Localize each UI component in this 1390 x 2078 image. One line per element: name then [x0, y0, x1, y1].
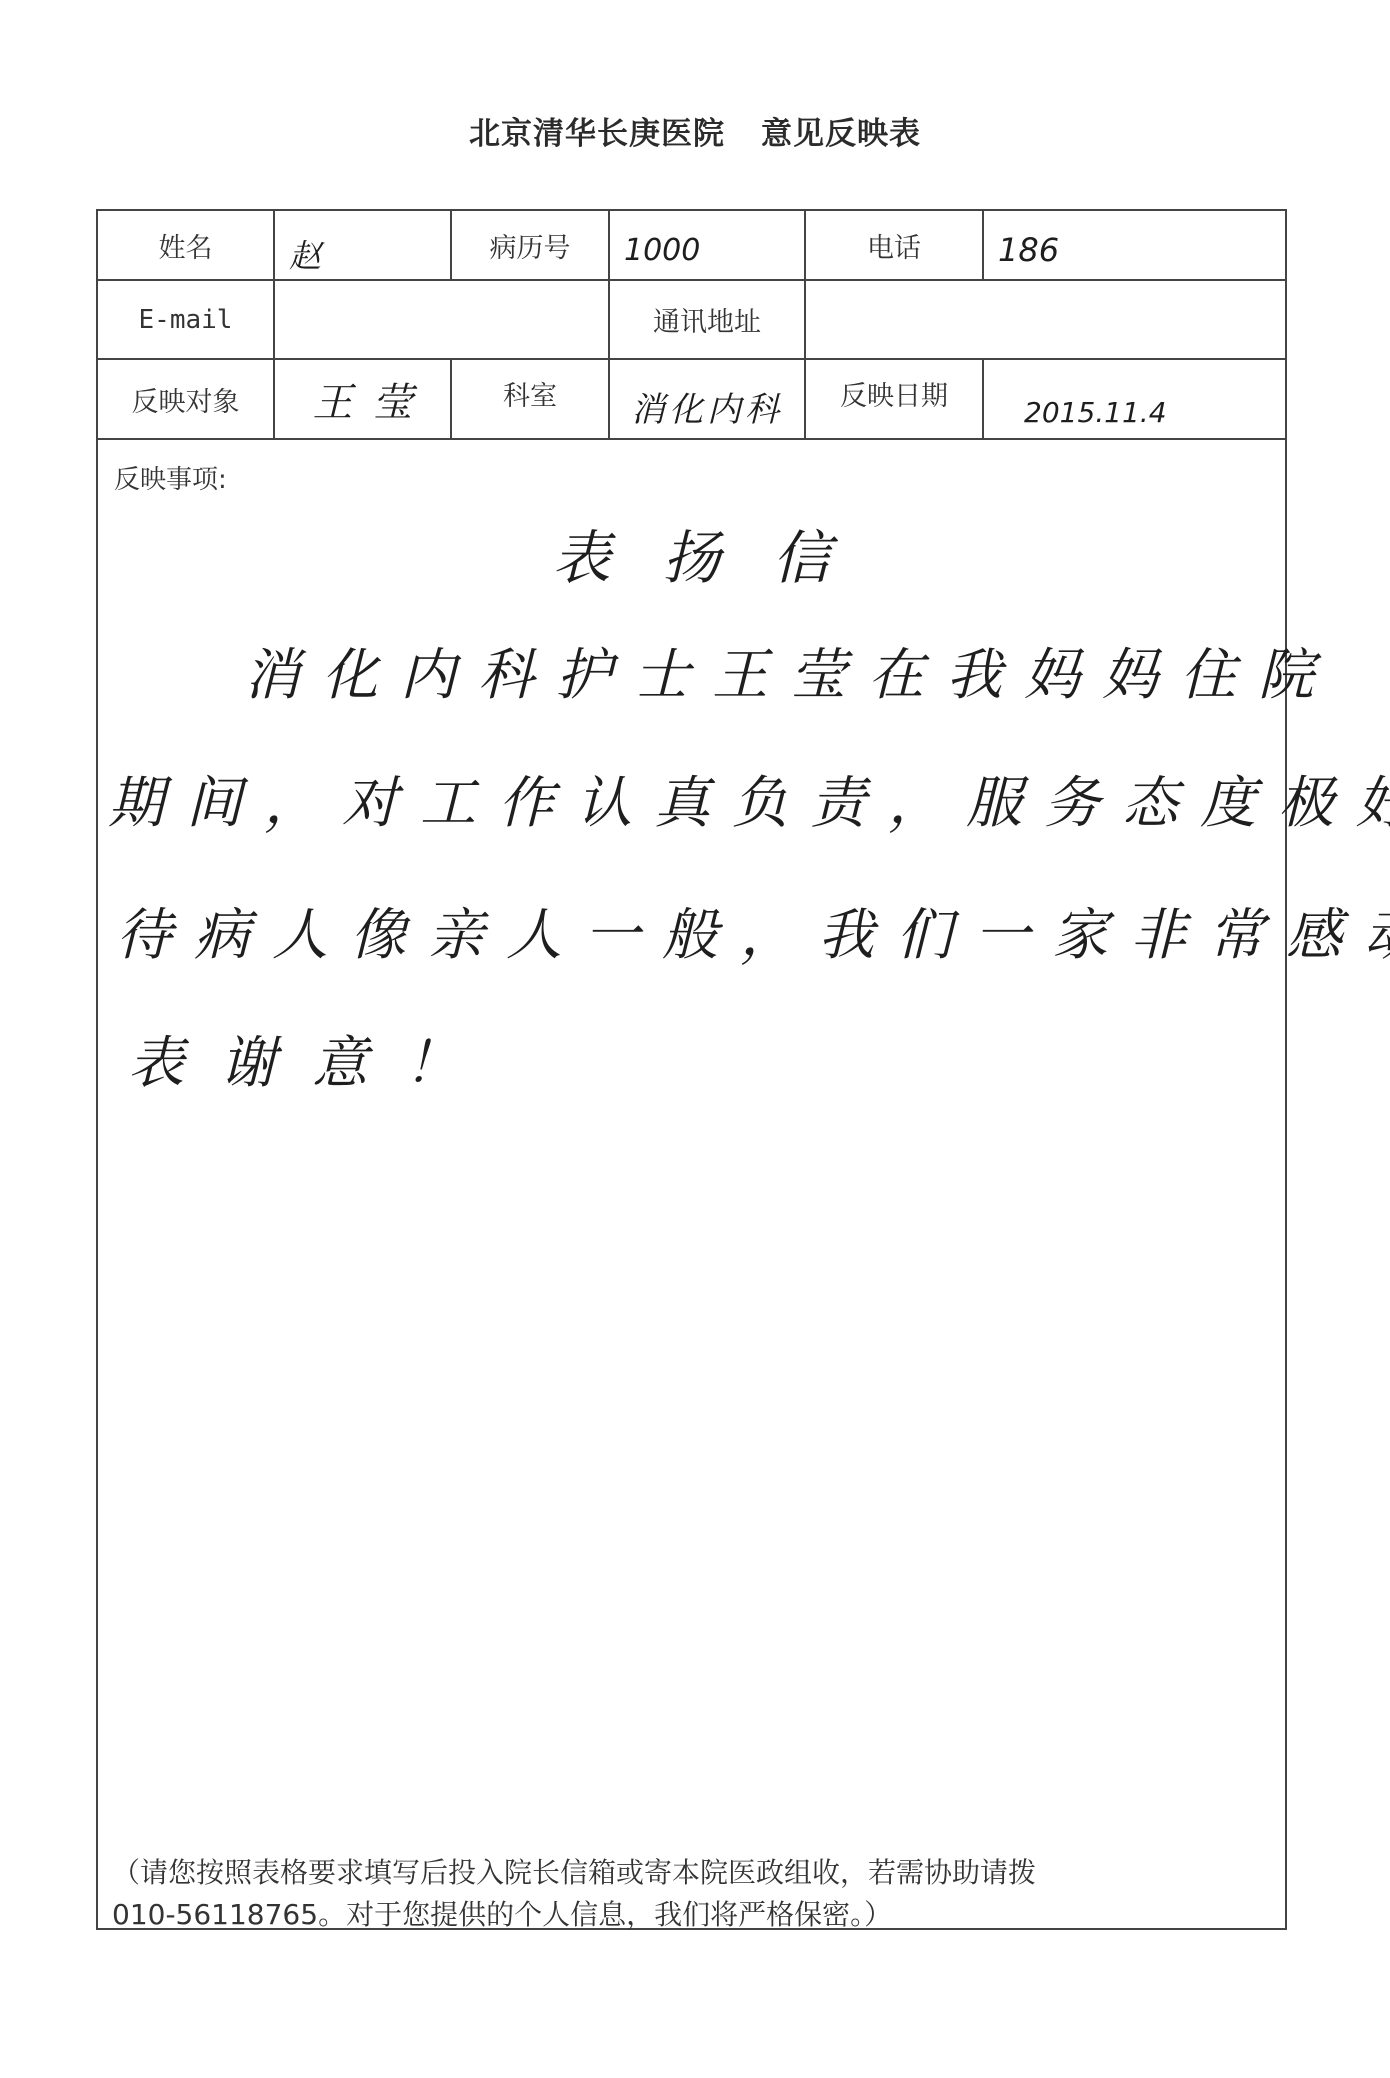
- letter-line-1: 消化内科护士王莹在我妈妈住院: [244, 631, 1336, 711]
- name-label: 姓名: [98, 211, 275, 279]
- email-field[interactable]: [275, 281, 610, 358]
- feedback-form: 姓名 赵 病历号 1000 电话 186 E-mail 通讯地址 反映对象 王莹…: [96, 209, 1287, 1930]
- form-name: 意见反映表: [761, 116, 921, 152]
- address-label: 通讯地址: [610, 281, 806, 358]
- letter-line-2: 期间，对工作认真负责，服务态度极好,对: [108, 759, 1390, 839]
- letter-title: 表扬信: [98, 511, 1285, 595]
- target-label: 反映对象: [98, 360, 275, 438]
- target-field[interactable]: 王莹: [275, 360, 452, 438]
- footer-note-line-2: 010-56118765。对于您提供的个人信息，我们将严格保密。）: [112, 1893, 1275, 1933]
- form-row-email: E-mail 通讯地址: [98, 281, 1285, 360]
- form-row-target: 反映对象 王莹 科室 消化内科 反映日期 2015.11.4: [98, 360, 1285, 440]
- form-title: 北京清华长庚医院意见反映表: [0, 108, 1390, 153]
- hospital-name: 北京清华长庚医院: [469, 116, 725, 152]
- footer-note-line-1: （请您按照表格要求填写后投入院长信箱或寄本院医政组收，若需协助请拨: [112, 1851, 1275, 1891]
- name-field[interactable]: 赵: [275, 211, 452, 279]
- phone-field[interactable]: 186: [984, 211, 1289, 279]
- letter-line-3: 待病人像亲人一般，我们一家非常感动,深: [116, 891, 1390, 971]
- address-field[interactable]: [806, 281, 1289, 358]
- department-label: 科室: [452, 360, 610, 438]
- phone-label: 电话: [806, 211, 984, 279]
- record-number-field[interactable]: 1000: [610, 211, 806, 279]
- form-row-name: 姓名 赵 病历号 1000 电话 186: [98, 211, 1285, 281]
- matters-label: 反映事项:: [114, 459, 227, 496]
- date-field[interactable]: 2015.11.4: [984, 360, 1289, 438]
- record-number-label: 病历号: [452, 211, 610, 279]
- department-field[interactable]: 消化内科: [610, 360, 806, 438]
- email-label: E-mail: [98, 281, 275, 358]
- letter-line-4: 表谢意！: [128, 1019, 496, 1099]
- date-label: 反映日期: [806, 360, 984, 438]
